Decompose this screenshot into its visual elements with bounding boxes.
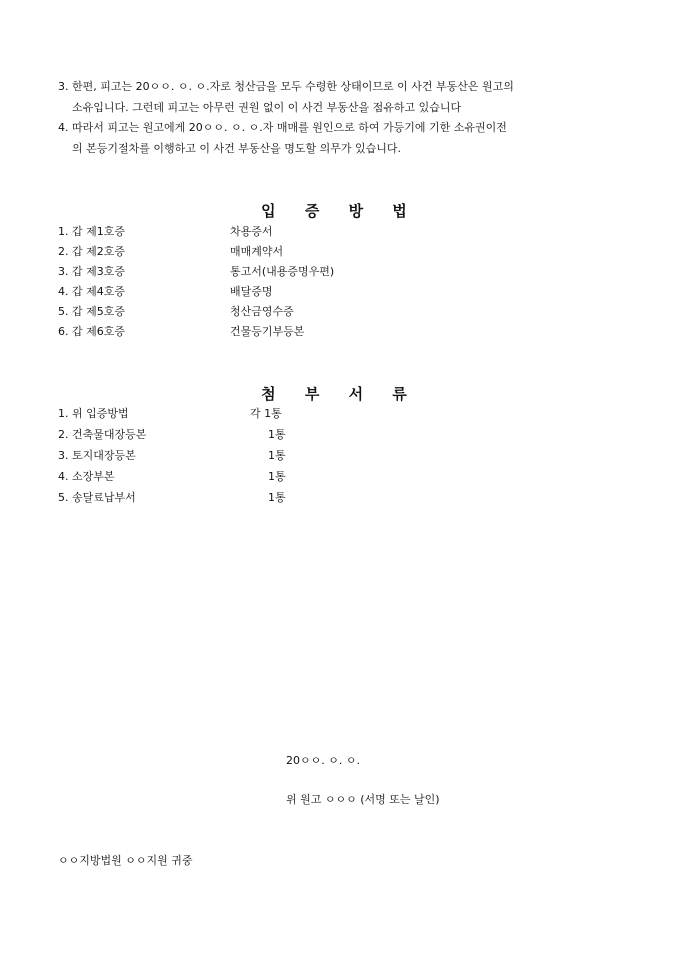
- evidence-label: 2. 갑 제2호증: [58, 242, 125, 262]
- paragraph-4: 4. 따라서 피고는 원고에게 20ㅇㅇ. ㅇ. ㅇ.자 매매를 원인으로 하여…: [58, 118, 638, 159]
- evidence-value: 통고서(내용증명우편): [230, 262, 334, 282]
- paragraph-line: 의 본등기절차를 이행하고 이 사건 부동산을 명도할 의무가 있습니다.: [58, 139, 638, 160]
- attachment-count: 1통: [268, 446, 286, 466]
- attachment-count: 1통: [268, 425, 286, 445]
- paragraph-line: 소유입니다. 그런데 피고는 아무런 권원 없이 이 사건 부동산을 점유하고 …: [58, 98, 638, 119]
- evidence-label: 4. 갑 제4호증: [58, 282, 125, 302]
- evidence-value: 차용증서: [230, 222, 273, 242]
- filing-date: 20ㅇㅇ. ㅇ. ㅇ.: [286, 752, 360, 768]
- attachment-label: 3. 토지대장등본: [58, 446, 136, 466]
- paragraph-3: 3. 한편, 피고는 20ㅇㅇ. ㅇ. ㅇ.자로 청산금을 모두 수령한 상태이…: [58, 77, 638, 118]
- evidence-value: 배달증명: [230, 282, 273, 302]
- attachment-count: 1통: [268, 488, 286, 508]
- evidence-value: 건물등기부등본: [230, 322, 304, 342]
- attachment-label: 4. 소장부본: [58, 467, 115, 487]
- evidence-label: 6. 갑 제6호증: [58, 322, 125, 342]
- evidence-label: 3. 갑 제3호증: [58, 262, 125, 282]
- evidence-value: 청산금영수증: [230, 302, 294, 322]
- attachments-heading: 첨 부 서 류: [0, 383, 680, 404]
- evidence-value: 매매계약서: [230, 242, 283, 262]
- evidence-label: 5. 갑 제5호증: [58, 302, 125, 322]
- plaintiff-signature: 위 원고 ㅇㅇㅇ (서명 또는 날인): [286, 791, 440, 807]
- evidence-heading: 입 증 방 법: [0, 200, 680, 221]
- court-addressee: ㅇㅇ지방법원 ㅇㅇ지원 귀중: [58, 852, 193, 868]
- attachment-label: 5. 송달료납부서: [58, 488, 136, 508]
- attachment-label: 1. 위 입증방법: [58, 404, 129, 424]
- attachment-label: 2. 건축물대장등본: [58, 425, 146, 445]
- paragraph-line: 4. 따라서 피고는 원고에게 20ㅇㅇ. ㅇ. ㅇ.자 매매를 원인으로 하여…: [58, 118, 638, 139]
- paragraph-line: 3. 한편, 피고는 20ㅇㅇ. ㅇ. ㅇ.자로 청산금을 모두 수령한 상태이…: [58, 77, 638, 98]
- attachment-count: 각 1통: [250, 404, 282, 424]
- evidence-label: 1. 갑 제1호증: [58, 222, 125, 242]
- attachment-count: 1통: [268, 467, 286, 487]
